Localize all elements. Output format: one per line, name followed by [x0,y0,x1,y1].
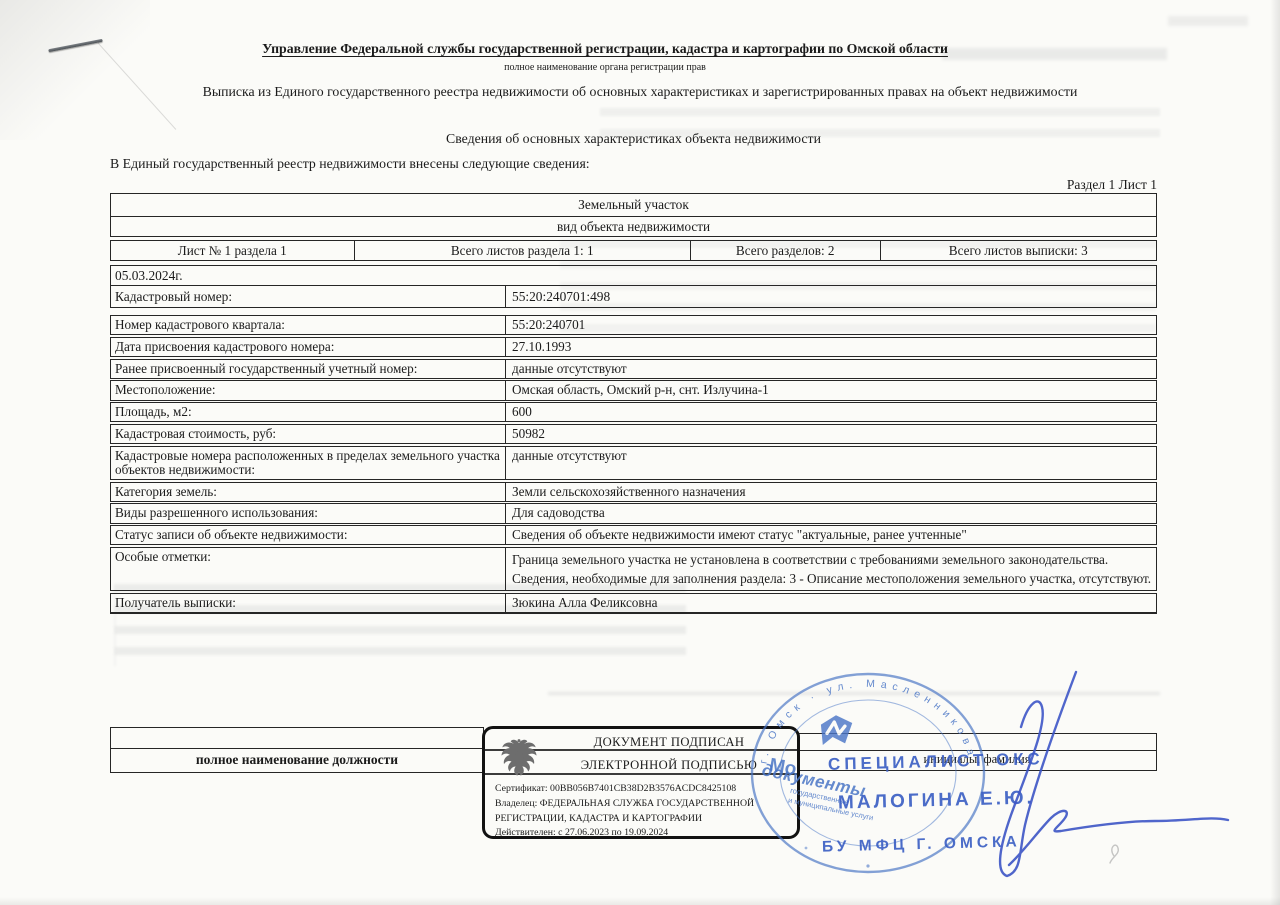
table-row: Виды разрешенного использования: Для сад… [110,503,1157,523]
esign-owner-line1: Владелец: ФЕДЕРАЛЬНАЯ СЛУЖБА ГОСУДАРСТВЕ… [495,798,791,809]
row-label: Кадастровая стоимость, руб: [111,425,506,443]
table-row: Ранее присвоенный государственный учетны… [110,359,1157,379]
paper-edge-shadow-right [1270,0,1280,905]
esign-certificate: Сертификат: 00BB056B7401CB38D2B3576ACDC8… [495,783,791,794]
my-documents-logo-icon [810,710,856,758]
bleed-through-artifact [1168,16,1248,26]
table-row: Кадастровая стоимость, руб: 50982 [110,424,1157,444]
table-row: Особые отметки: Граница земельного участ… [110,547,1157,591]
sheet-info-cell: Всего листов выписки: 3 [880,241,1156,260]
row-value: Для садоводства [506,504,1156,522]
intro-line: В Единый государственный реестр недвижим… [110,156,590,172]
row-value: 27.10.1993 [506,338,1156,356]
pen-test-mark [1105,838,1129,868]
table-row: Дата присвоения кадастрового номера: 27.… [110,337,1157,357]
section-title: Сведения об основных характеристиках объ… [110,131,1157,147]
row-value: данные отсутствуют [506,447,1156,480]
table-row: Категория земель: Земли сельскохозяйстве… [110,482,1157,502]
row-label: Номер кадастрового квартала: [111,316,506,334]
row-label: Площадь, м2: [111,403,506,421]
row-label: Категория земель: [111,483,506,501]
position-signature-box: полное наименование должности [110,727,484,773]
row-value: данные отсутствуют [506,360,1156,378]
state-eagle-emblem-icon [499,736,539,782]
row-value: 55:20:240701:498 [506,286,1156,307]
row-label: Местоположение: [111,381,506,399]
row-value: Граница земельного участка не установлен… [506,548,1156,590]
sheet-info-cell: Лист № 1 раздела 1 [111,241,354,260]
row-label: Статус записи об объекте недвижимости: [111,526,506,544]
table-row: Площадь, м2: 600 [110,402,1157,422]
esign-owner-line2: РЕГИСТРАЦИИ, КАДАСТРА И КАРТОГРАФИИ [495,813,791,824]
table-row: Номер кадастрового квартала: 55:20:24070… [110,315,1157,335]
row-value: Земли сельскохозяйственного назначения [506,483,1156,501]
document-title: Выписка из Единого государственного реес… [145,84,1135,100]
table-row: Кадастровые номера расположенных в преде… [110,446,1157,481]
row-label: Особые отметки: [111,548,506,590]
row-label: Ранее присвоенный государственный учетны… [111,360,506,378]
row-label: Получатель выписки: [111,594,506,612]
date-and-cadastral-block: 05.03.2024г. Кадастровый номер: 55:20:24… [110,265,1157,308]
characteristics-rows: Номер кадастрового квартала: 55:20:24070… [110,315,1157,614]
paper-edge-shadow-bottom [0,897,1280,905]
row-label: Виды разрешенного использования: [111,504,506,522]
paper-corner-fold [0,0,150,140]
sheet-info-row: Лист № 1 раздела 1 Всего листов раздела … [110,240,1157,261]
object-type-caption: вид объекта недвижимости [111,216,1156,236]
row-value: Сведения об объекте недвижимости имеют с… [506,526,1156,544]
row-value: 600 [506,403,1156,421]
row-value: Зюкина Алла Феликсовна [506,594,1156,612]
signature-blank-cell [111,728,483,749]
registration-authority-title: Управление Федеральной службы государств… [255,41,955,57]
row-label: Кадастровые номера расположенных в преде… [111,447,506,480]
object-characteristics-table: Земельный участок вид объекта недвижимос… [110,193,1157,614]
row-label: Дата присвоения кадастрового номера: [111,338,506,356]
row-value: Омская область, Омский р-н, снт. Излучин… [506,381,1156,399]
bleed-through-artifact [942,48,1167,60]
section-sheet-label: Раздел 1 Лист 1 [1067,177,1157,193]
handwritten-signature [955,655,1245,890]
extract-date: 05.03.2024г. [111,266,1156,286]
table-row: Получатель выписки: Зюкина Алла Феликсов… [110,593,1157,614]
row-value: 55:20:240701 [506,316,1156,334]
sheet-info-cell: Всего листов раздела 1: 1 [354,241,690,260]
cadastral-number-row: Кадастровый номер: 55:20:240701:498 [111,286,1156,307]
table-row: Местоположение: Омская область, Омский р… [110,380,1157,400]
row-value: 50982 [506,425,1156,443]
table-row: Статус записи об объекте недвижимости: С… [110,525,1157,545]
registration-authority-caption: полное наименование органа регистрации п… [255,62,955,73]
row-label: Кадастровый номер: [111,286,506,307]
esign-validity: Действителен: с 27.06.2023 по 19.09.2024 [495,827,791,838]
scanned-egrn-extract-page: Управление Федеральной службы государств… [0,0,1280,905]
sheet-info-cell: Всего разделов: 2 [690,241,880,260]
object-type: Земельный участок [111,194,1156,216]
object-type-block: Земельный участок вид объекта недвижимос… [110,193,1157,237]
position-caption: полное наименование должности [111,749,483,771]
